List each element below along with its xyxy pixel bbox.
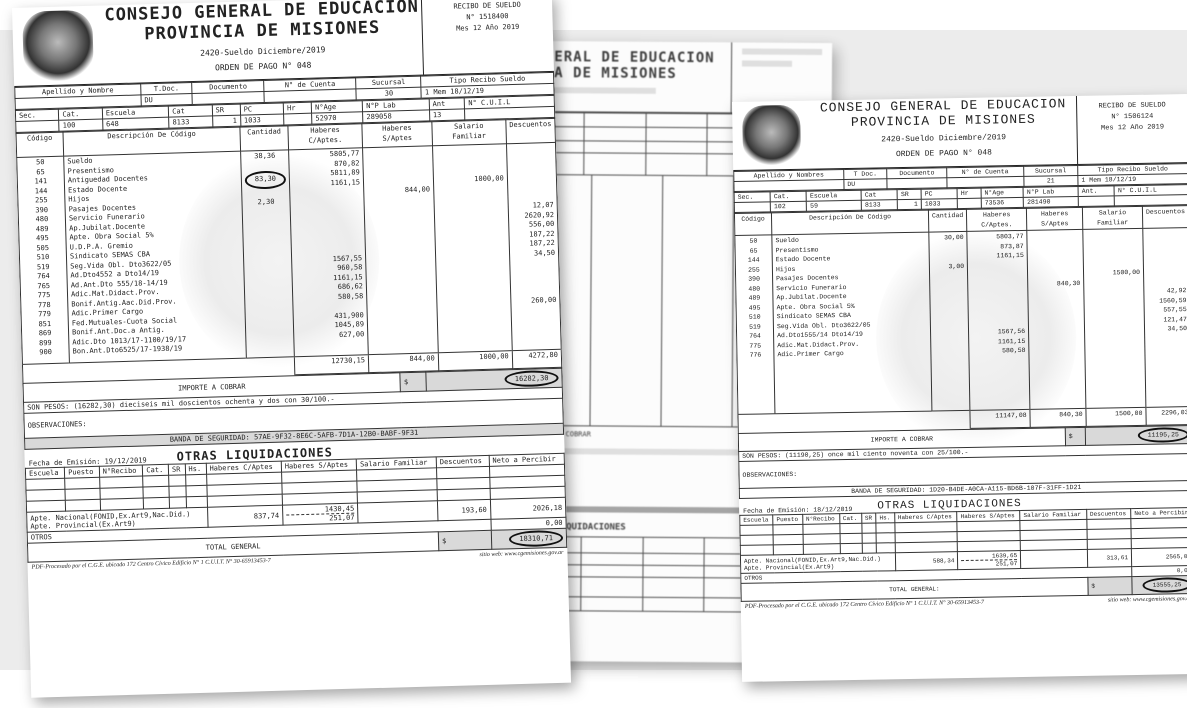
list-item: 510 — [740, 312, 770, 322]
payment-order: ORDEN DE PAGO N° 048 — [104, 58, 423, 76]
list-item: Adic.Primer Cargo — [777, 348, 927, 360]
list-item — [932, 242, 963, 252]
total-salario: 1000,00 — [438, 351, 512, 371]
total-descuentos: 2296,03 — [1146, 407, 1187, 426]
descriptions-column: SueldoPresentismoAntiguedad DocentesEsta… — [64, 151, 247, 363]
list-item: 260,00 — [514, 296, 556, 307]
list-item: 34,50 — [513, 248, 555, 259]
list-item: 900 — [26, 348, 66, 359]
haberes-c-column: 5805,77870,825811,891161,15 1567,55960,5… — [289, 148, 369, 357]
list-item: 5803,77 — [971, 232, 1024, 242]
otras-table: EscuelaPuestoN°ReciboCat.SRHs.Haberes C/… — [25, 453, 567, 563]
coat-of-arms-icon — [742, 105, 801, 166]
total-general-value: 18310,71 — [509, 530, 563, 547]
payslip-left: CONSEJO GENERAL DE EDUCACION PROVINCIA D… — [12, 0, 571, 698]
period: 2420-Sueldo Diciembre/2019 — [103, 43, 422, 61]
list-item: 489 — [739, 293, 769, 303]
list-item: 12,07 — [511, 201, 553, 212]
total-general-value: 13555,25 — [1143, 577, 1187, 593]
list-item: 1500,00 — [1087, 268, 1140, 278]
list-item: 390 — [739, 274, 769, 284]
payment-order: ORDEN DE PAGO N° 048 — [811, 147, 1077, 161]
codes-column: 5065141144255390480489495505510519764765… — [17, 156, 70, 364]
total-haberes-s: 844,00 — [368, 353, 438, 373]
coat-of-arms-icon — [22, 10, 94, 82]
items-table: Código Descripción De Código Cantidad Ha… — [15, 118, 562, 383]
list-item: 776 — [740, 350, 770, 360]
footer-website: sitio web: www.cgemisiones.gov.ar — [1108, 596, 1187, 603]
list-item: 580,58 — [973, 346, 1026, 356]
list-item: 30,00 — [932, 233, 963, 243]
list-item: 144 — [739, 255, 769, 265]
descriptions-column: SueldoPresentismoEstado DocenteHijosPasa… — [772, 232, 932, 414]
total-haberes-c: 12730,15 — [294, 355, 368, 375]
total-salario: 1500,00 — [1086, 407, 1146, 426]
descuentos-column: 42,921560,59557,55121,4734,50 — [1143, 228, 1187, 408]
otras-table: EscuelaPuestoN°ReciboCat.SRHs.Haberes C/… — [739, 507, 1187, 602]
cantidad-column: 38,36 83,30 2,30 — [241, 150, 295, 358]
importe-row: IMPORTE A COBRAR $ 11195,25 SON PESOS: (… — [738, 425, 1187, 499]
list-item: 65 — [739, 246, 769, 256]
receipt-box: RECIBO DE SUELDO N° 1518400 Mes 12 Año 2… — [421, 0, 554, 75]
haberes-s-column: 840,30 — [1027, 229, 1086, 409]
list-item: 255 — [739, 265, 769, 275]
list-item: 1161,15 — [971, 251, 1024, 261]
importe-value: 16282,30 — [505, 370, 559, 387]
circled-cantidad: 83,30 — [245, 170, 287, 189]
codes-column: 5065144255390480489495510519764775776 — [735, 235, 775, 415]
list-item: 42,92 — [1147, 286, 1186, 296]
list-item: 519 — [740, 322, 770, 332]
list-item: 187,22 — [512, 239, 554, 250]
footer-text: PDF-Procesado por el C.G.E. ubicado 172 … — [745, 600, 984, 610]
items-table: Código Descripción De Código Cantidad Ha… — [734, 205, 1187, 433]
cantidad-column: 30,00 3,00 — [929, 231, 970, 411]
list-item: 840,30 — [1031, 278, 1080, 288]
receipt-box: RECIBO DE SUELDO N° 1506124 Mes 12 Año 2… — [1076, 94, 1187, 164]
payslip-right: CONSEJO GENERAL DE EDUCACION PROVINCIA D… — [732, 94, 1187, 682]
total-haberes-c: 11147,08 — [970, 409, 1030, 428]
list-item: 627,00 — [297, 330, 364, 341]
list-item: 557,55 — [1148, 305, 1187, 315]
list-item: 556,00 — [512, 220, 554, 231]
salario-column: 1500,00 — [1083, 228, 1146, 408]
total-haberes-s: 840,30 — [1030, 408, 1086, 427]
list-item: 495 — [740, 303, 770, 313]
salario-column: 1000,00 — [432, 144, 512, 353]
haberes-s-column: 844,00 — [363, 146, 439, 355]
list-item: 480 — [739, 284, 769, 294]
period: 2420-Sueldo Diciembre/2019 — [811, 132, 1077, 146]
descuentos-column: 12,072620,92556,00187,22187,2234,50 260,… — [506, 142, 561, 350]
list-item: 50 — [738, 236, 768, 246]
total-descuentos: 4272,80 — [512, 349, 562, 368]
list-item: 1000,00 — [437, 174, 504, 185]
list-item: 3,00 — [933, 261, 964, 271]
importe-value: 11195,25 — [1138, 427, 1187, 443]
list-item — [933, 252, 964, 262]
list-item: 764 — [740, 331, 770, 341]
list-item: 34,50 — [1148, 324, 1187, 334]
list-item: 1567,56 — [972, 327, 1025, 337]
payslip-header: CONSEJO GENERAL DE EDUCACION PROVINCIA D… — [732, 94, 1187, 171]
footer-website: sitio web: www.cgemisiones.gov.ar — [479, 550, 563, 558]
list-item: 775 — [740, 341, 770, 351]
list-item: 844,00 — [367, 185, 430, 196]
haberes-c-column: 5803,77873,871161,15 1567,561161,15580,5… — [967, 230, 1030, 410]
